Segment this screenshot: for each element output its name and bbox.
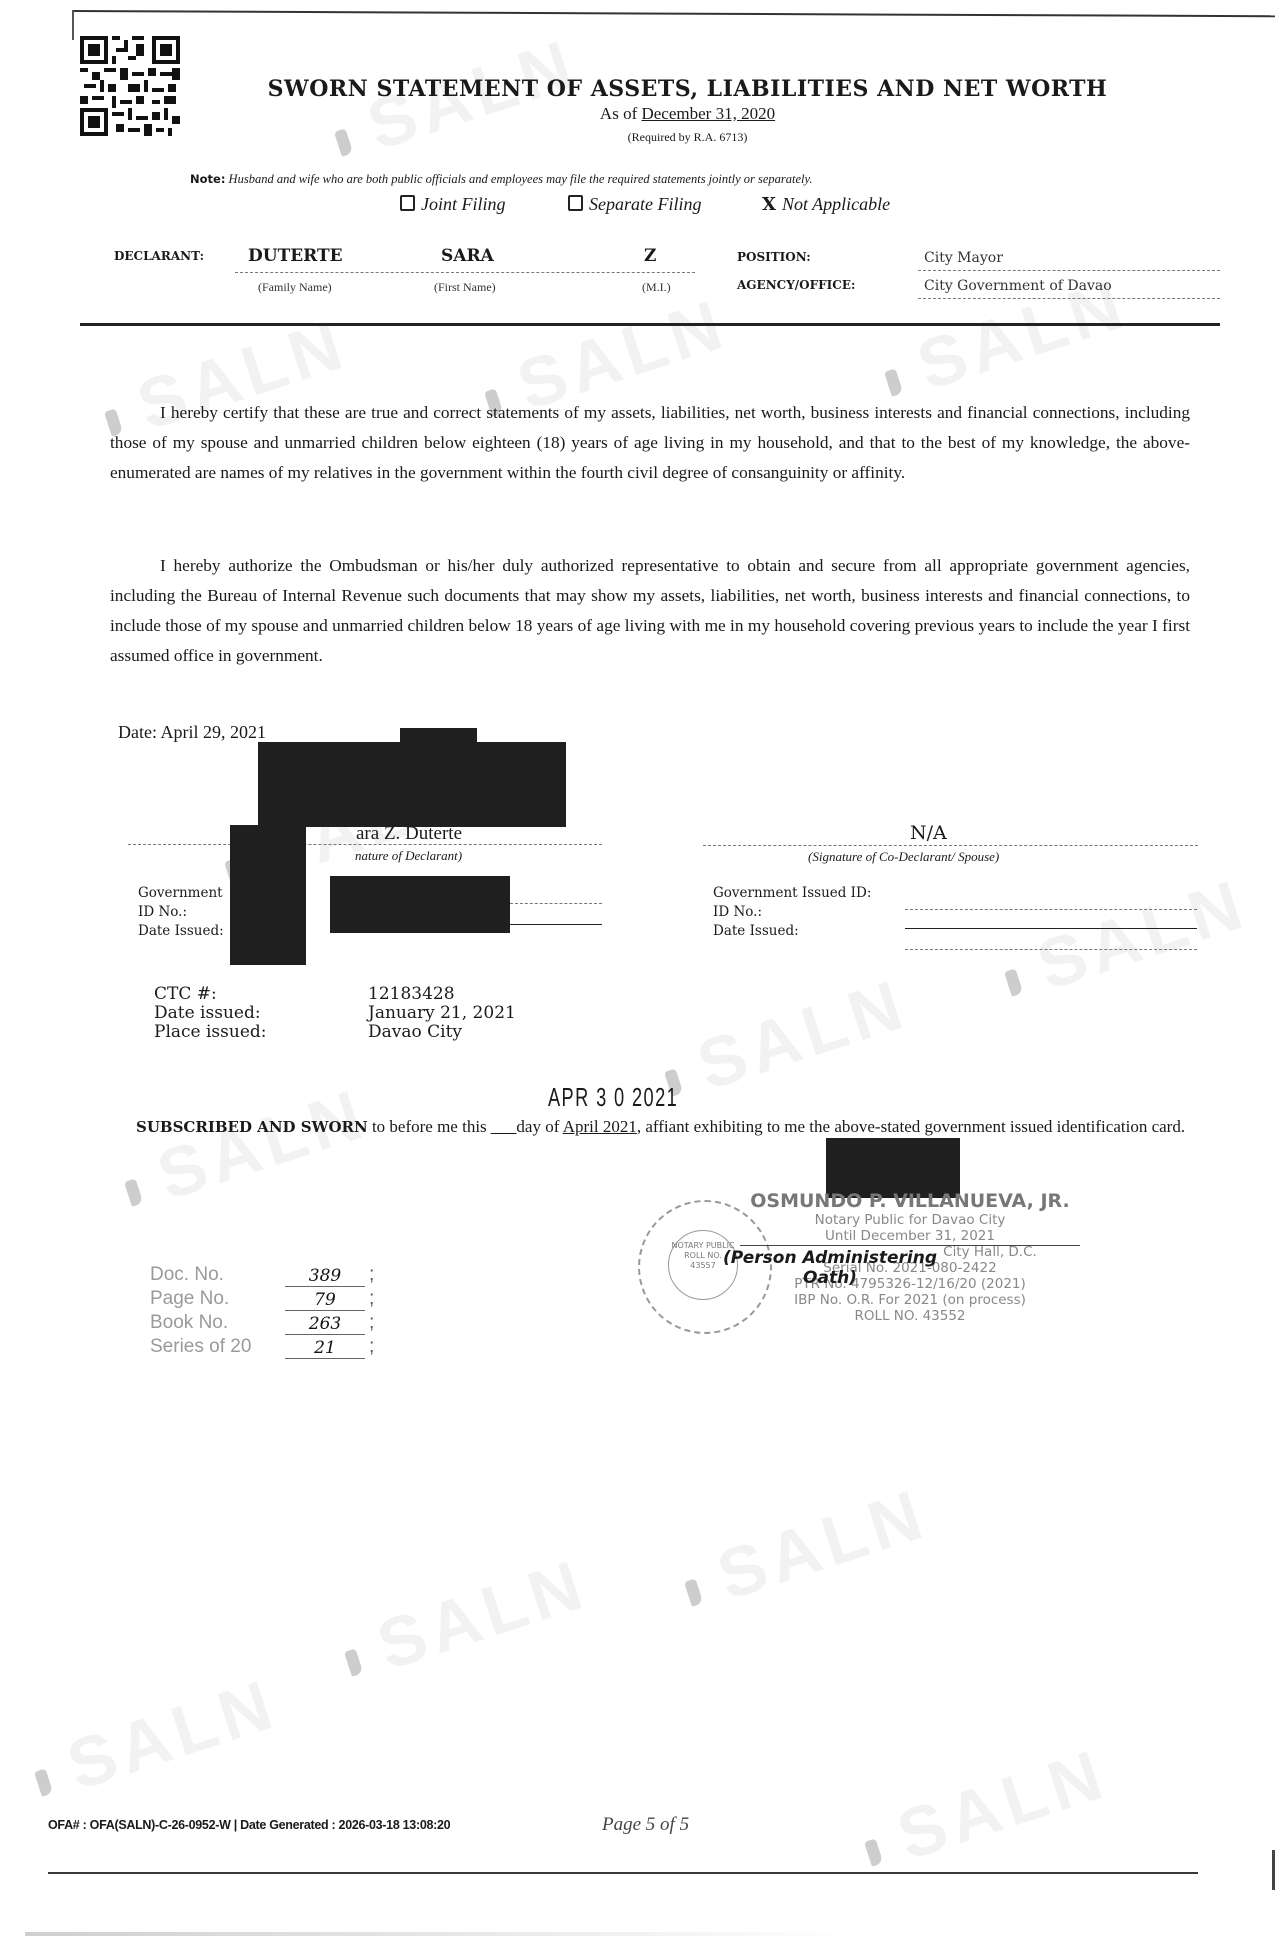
seal-icon	[1004, 968, 1023, 996]
position-underline	[918, 270, 1220, 271]
agency-underline	[918, 298, 1220, 299]
watermark: SALN	[674, 1473, 937, 1627]
agency-value: City Government of Davao	[924, 278, 1112, 294]
watermark: SALN	[24, 1663, 287, 1817]
id-line	[510, 924, 602, 925]
watermark: SALN	[114, 1073, 377, 1227]
doc-no-row: Doc. No.389;	[150, 1263, 374, 1287]
page-number: Page 5 of 5	[602, 1814, 689, 1836]
spouse-id-line	[905, 928, 1197, 929]
section-divider	[80, 323, 1220, 326]
spouse-printed-name: N/A	[910, 822, 947, 844]
position-label: POSITION:	[737, 250, 811, 264]
scan-shadow	[25, 1932, 855, 1936]
spouse-id-labels: Government Issued ID: ID No.: Date Issue…	[713, 884, 871, 941]
spouse-id-line	[905, 909, 1197, 910]
watermark: SALN	[334, 1543, 597, 1697]
redaction-box	[826, 1138, 960, 1198]
not-applicable-option[interactable]: XNot Applicable	[762, 194, 890, 215]
watermark: SALN	[994, 863, 1257, 1017]
seal-icon	[124, 1178, 143, 1206]
middle-initial-value: Z	[644, 246, 656, 266]
document-title: SWORN STATEMENT OF ASSETS, LIABILITIES A…	[0, 76, 1275, 102]
redaction-box	[258, 742, 566, 827]
seal-icon	[344, 1648, 363, 1676]
page-top-border	[72, 10, 1275, 17]
seal-icon	[864, 1838, 883, 1866]
page-bottom-border	[48, 1872, 1198, 1874]
spouse-signature-caption: (Signature of Co-Declarant/ Spouse)	[808, 849, 999, 865]
subscribed-sworn-statement: SUBSCRIBED AND SWORN to before me this _…	[136, 1116, 1226, 1138]
x-mark-icon: X	[762, 194, 776, 215]
redaction-box	[230, 825, 306, 965]
ofa-footer: OFA# : OFA(SALN)-C-26-0952-W | Date Gene…	[48, 1818, 450, 1832]
agency-label: AGENCY/OFFICE:	[737, 278, 855, 292]
page-no-row: Page No.79;	[150, 1287, 374, 1311]
person-administering-oath-caption: (Person Administering Oath)	[700, 1248, 960, 1288]
declarant-printed-name: ara Z. Duterte	[356, 823, 462, 845]
received-date-stamp: APR 3 0 2021	[548, 1082, 678, 1113]
separate-filing-option[interactable]: Separate Filing	[568, 194, 701, 215]
checkbox-icon	[400, 195, 415, 211]
authorization-paragraph: I hereby authorize the Ombudsman or his/…	[110, 551, 1190, 671]
id-line	[510, 903, 602, 904]
redaction-box	[400, 728, 477, 743]
seal-icon	[34, 1768, 53, 1796]
joint-filing-option[interactable]: Joint Filing	[400, 194, 506, 215]
filing-note: Note: Husband and wife who are both publ…	[190, 172, 813, 187]
watermark: SALN	[854, 1733, 1117, 1887]
declarant-signature-line	[128, 844, 602, 845]
series-row: Series of 2021;	[150, 1335, 374, 1359]
seal-icon	[884, 368, 903, 396]
page-left-border	[72, 10, 74, 40]
family-name-label: (Family Name)	[258, 280, 332, 295]
declarant-signature-caption: nature of Declarant)	[355, 848, 462, 864]
first-name-label: (First Name)	[434, 280, 496, 295]
required-by: (Required by R.A. 6713)	[0, 130, 1275, 145]
ctc-labels: CTC #: Date issued: Place issued:	[154, 985, 267, 1042]
certification-paragraph: I hereby certify that these are true and…	[110, 398, 1190, 488]
notarial-register: Doc. No.389; Page No.79; Book No.263; Se…	[150, 1263, 374, 1359]
redaction-box	[330, 876, 510, 933]
book-no-row: Book No.263;	[150, 1311, 374, 1335]
seal-icon	[684, 1578, 703, 1606]
declarant-label: DECLARANT:	[114, 249, 204, 263]
name-underline	[235, 272, 695, 273]
oath-signature-line	[740, 1245, 1080, 1246]
checkbox-icon	[568, 195, 583, 211]
mi-label: (M.I.)	[642, 280, 671, 295]
watermark: SALN	[654, 963, 917, 1117]
signature-date: Date: April 29, 2021	[118, 722, 266, 743]
declarant-id-labels: Government ID No.: Date Issued:	[138, 884, 224, 941]
position-value: City Mayor	[924, 250, 1003, 266]
spouse-signature-line	[703, 845, 1198, 846]
first-name-value: SARA	[441, 246, 494, 266]
family-name-value: DUTERTE	[248, 246, 343, 266]
ctc-values: 12183428 January 21, 2021 Davao City	[368, 985, 516, 1042]
as-of-date: As of December 31, 2020	[0, 104, 1275, 124]
spouse-id-line	[905, 949, 1197, 950]
